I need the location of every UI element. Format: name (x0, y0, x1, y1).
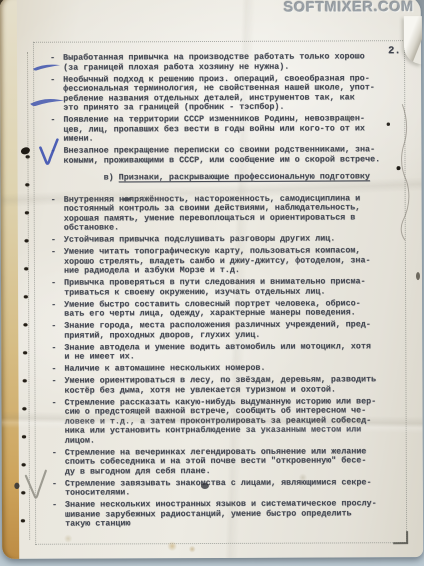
bullet-dash: - (51, 343, 56, 353)
bullet-dash: - (51, 195, 56, 205)
bullet-dash: - (51, 300, 56, 310)
list-item-text: Знание города, места расположения различ… (64, 320, 403, 340)
bullet-dash: - (51, 377, 56, 387)
list-item: - Наличие к автомашине нескольких номеро… (51, 363, 403, 374)
list-item: - Умение быстро составить словесный порт… (51, 299, 403, 320)
bullet-dash: - (51, 322, 56, 332)
list-item: - Выработанная привычка на производстве … (50, 52, 402, 73)
list-item-text: Выработанная привычка на производстве ра… (63, 52, 402, 72)
page-corner-curl (404, 16, 422, 64)
scanned-document-photo: SOFTMIXER.COM 2. - Выработанная привычка… (0, 0, 424, 566)
perforation-holes (16, 150, 35, 532)
watermark: SOFTMIXER.COM (284, 0, 414, 16)
section-header: в) Признаки, раскрывающие профессиональн… (104, 172, 403, 183)
bullet-dash: - (50, 147, 55, 157)
list-item: - Знание нескольких иностранных языков и… (52, 499, 404, 529)
list-item: - Знание города, места расположения разл… (51, 320, 403, 341)
bullet-dash: - (52, 479, 57, 489)
list-item-text: Знание нескольких иностранных языков и с… (65, 499, 404, 529)
list-item-text: Внутренняя напряжённость, настороженност… (64, 194, 403, 233)
list-item-text: Умение быстро составить словесный портре… (64, 299, 403, 319)
list-item: - Внезапное прекращение переписки со сво… (50, 145, 402, 166)
list-item-text: Устойчивая привычка подслушивать разгово… (64, 234, 403, 245)
document-text: - Выработанная привычка на производстве … (50, 52, 404, 532)
list-item: - Появление на территории СССР изменнико… (50, 114, 402, 144)
list-item: - Привычка проверяться в пути следования… (51, 277, 403, 298)
list-item: - Стремление завязывать знакомства с лиц… (52, 478, 404, 499)
bullet-dash: - (51, 236, 56, 246)
list-item-text: Умение читать топографическую карту, пол… (64, 246, 403, 276)
list-item-text: Наличие к автомашине нескольких номеров. (64, 363, 403, 374)
list-item-text: Внезапное прекращение переписки со своим… (63, 145, 402, 165)
bullet-dash: - (50, 116, 55, 126)
list-item: - Необычный подход к решению произ. опер… (50, 74, 402, 114)
list-item-text: Стремление рассказать какую-нибудь выдум… (65, 397, 404, 446)
section-header-title: Признаки, раскрывающие профессиональную … (119, 171, 370, 182)
list-item-text: Умение ориентироваться в лесу, по звёзда… (64, 375, 403, 395)
list-item: - Умение ориентироваться в лесу, по звёз… (51, 375, 403, 396)
list-item: - Внутренняя напряжённость, настороженно… (51, 194, 403, 234)
list-item-text: Необычный подход к решению произ. операц… (63, 74, 402, 113)
section-header-prefix: в) (104, 172, 114, 182)
list-item-text: Привычка проверяться в пути следования и… (64, 277, 403, 297)
bullet-list-professional-signs: - Внутренняя напряжённость, настороженно… (51, 194, 404, 530)
bullet-dash: - (52, 448, 57, 458)
paper-sheet: SOFTMIXER.COM 2. - Выработанная привычка… (0, 0, 423, 559)
bullet-dash: - (51, 365, 56, 375)
bullet-dash: - (51, 248, 56, 258)
list-item: - Умение читать топографическую карту, п… (51, 246, 403, 276)
list-item: - Стремление рассказать какую-нибудь выд… (52, 397, 404, 446)
list-item: - Стремление на вечеринках легендировать… (52, 447, 404, 477)
list-item: - Знание автодела и умение водить автомо… (51, 342, 403, 363)
bullet-dash: - (50, 54, 55, 64)
list-item: - Устойчивая привычка подслушивать разго… (51, 234, 403, 245)
bullet-dash: - (52, 501, 57, 511)
list-item-text: Появление на территории СССР изменников … (63, 114, 402, 144)
list-item-text: Стремление на вечеринках легендировать о… (65, 447, 404, 477)
bullet-list-general-signs: - Выработанная привычка на производстве … (50, 52, 402, 166)
bullet-dash: - (50, 75, 55, 85)
list-item-text: Стремление завязывать знакомства с лицам… (65, 478, 404, 498)
edge-mark (416, 272, 420, 280)
list-item-text: Знание автодела и умение водить автомоби… (64, 342, 403, 362)
bullet-dash: - (51, 279, 56, 289)
bullet-dash: - (52, 398, 57, 408)
